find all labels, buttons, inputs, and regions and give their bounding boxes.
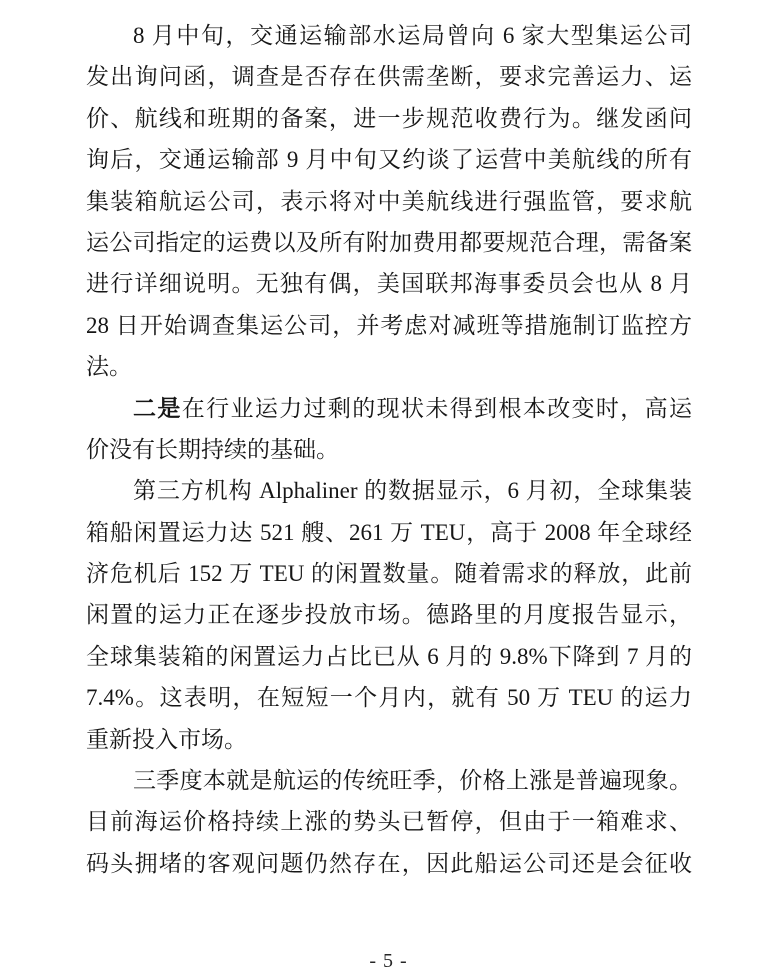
text-line: 三季度本就是航运的传统旺季，价格上涨是普遍现象。 [86,760,692,801]
text-line: 二是在行业运力过剩的现状未得到根本改变时，高运 [86,388,692,429]
text-line: 闲置的运力正在逐步投放市场。德路里的月度报告显示， [86,594,692,635]
text-line: 第三方机构 Alphaliner 的数据显示，6 月初，全球集装 [86,470,692,511]
text-line: 集装箱航运公司，表示将对中美航线进行强监管，要求航 [86,181,692,222]
text-line: 济危机后 152 万 TEU 的闲置数量。随着需求的释放，此前 [86,553,692,594]
bold-lead-text: 二是 [133,396,182,421]
text-line: 全球集装箱的闲置运力占比已从 6 月的 9.8%下降到 7 月的 [86,636,692,677]
text-line: 发出询问函，调查是否存在供需垄断，要求完善运力、运 [86,56,692,97]
text-line: 重新投入市场。 [86,719,692,760]
text-line: 价、航线和班期的备案，进一步规范收费行为。继发函问 [86,98,692,139]
text-line: 码头拥堵的客观问题仍然存在，因此船运公司还是会征收 [86,843,692,884]
text-line: 价没有长期持续的基础。 [86,429,692,470]
text-line: 箱船闲置运力达 521 艘、261 万 TEU，高于 2008 年全球经 [86,512,692,553]
text-line: 7.4%。这表明，在短短一个月内，就有 50 万 TEU 的运力 [86,677,692,718]
text-line: 进行详细说明。无独有偶，美国联邦海事委员会也从 8 月 [86,263,692,304]
text-line: 目前海运价格持续上涨的势头已暂停，但由于一箱难求、 [86,801,692,842]
text-line: 28 日开始调查集运公司，并考虑对减班等措施制订监控方 [86,305,692,346]
text-line: 8 月中旬，交通运输部水运局曾向 6 家大型集运公司 [86,15,692,56]
document-page: 8 月中旬，交通运输部水运局曾向 6 家大型集运公司发出询问函，调查是否存在供需… [0,0,777,980]
text-line: 运公司指定的运费以及所有附加费用都要规范合理，需备案 [86,222,692,263]
document-body: 8 月中旬，交通运输部水运局曾向 6 家大型集运公司发出询问函，调查是否存在供需… [86,15,692,884]
text-line: 询后，交通运输部 9 月中旬又约谈了运营中美航线的所有 [86,139,692,180]
text-line: 法。 [86,346,692,387]
page-number: - 5 - [0,950,777,973]
